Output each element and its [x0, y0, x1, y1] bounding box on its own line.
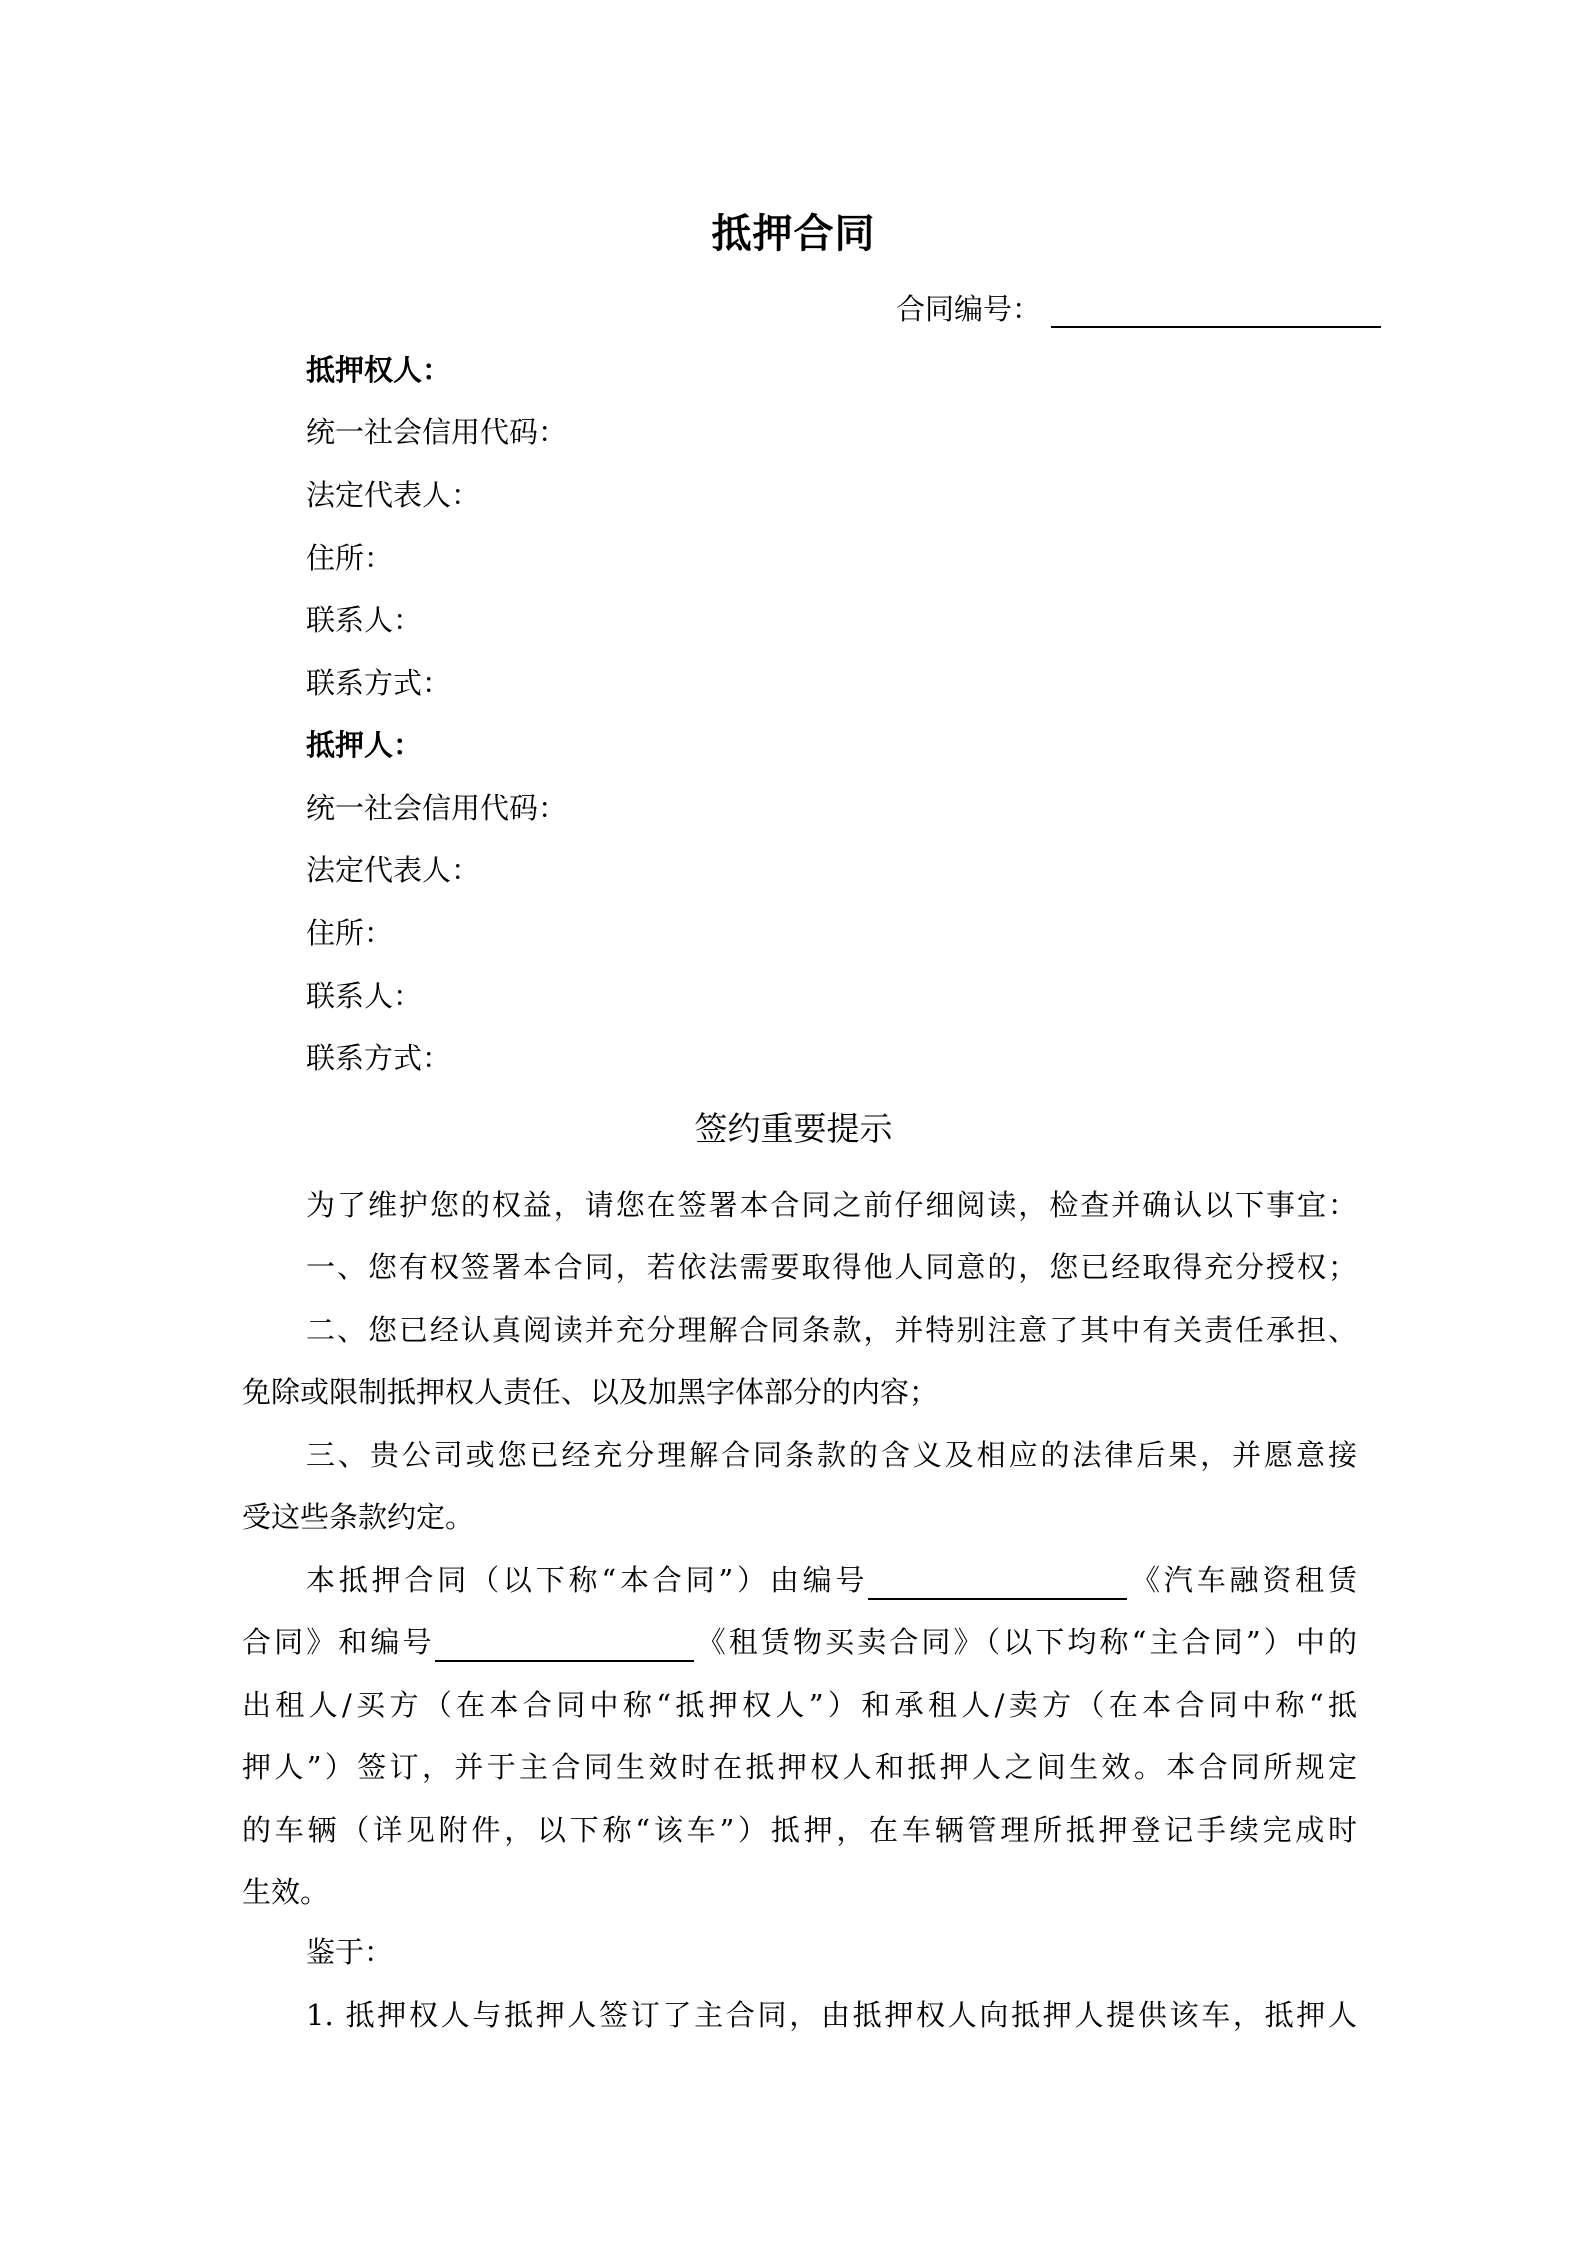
document-title: 抵押合同	[0, 208, 1587, 260]
document-page: 抵押合同 合同编号： 抵押权人： 统一社会信用代码： 法定代表人： 住所： 联系…	[0, 0, 1587, 2245]
mortgagee-credit-code: 统一社会信用代码：	[306, 412, 567, 452]
mortgagor-address: 住所：	[306, 913, 393, 953]
preamble-text: 合同》和编号	[242, 1625, 435, 1659]
mortgagor-contact-person: 联系人：	[306, 976, 422, 1016]
lease-contract-number-blank[interactable]	[868, 1568, 1127, 1600]
contract-number-label: 合同编号：	[896, 292, 1041, 326]
preamble-line-3: 出租人/买方（在本合同中称“抵押权人”）和承租人/卖方（在本合同中称“抵	[242, 1685, 1357, 1725]
preamble-text: 《汽车融资租赁	[1127, 1563, 1357, 1597]
preamble-line-1: 本抵押合同（以下称“本合同”）由编号《汽车融资租赁	[306, 1560, 1357, 1600]
notice-item-2-line-2: 免除或限制抵押权人责任、以及加黑字体部分的内容；	[242, 1372, 938, 1412]
notice-heading: 签约重要提示	[0, 1108, 1587, 1150]
preamble-line-2: 合同》和编号《租赁物买卖合同》（以下均称“主合同”）中的	[242, 1622, 1357, 1662]
mortgagor-heading: 抵押人：	[306, 725, 422, 765]
whereas-label: 鉴于：	[306, 1932, 393, 1972]
notice-item-3-line-2: 受这些条款约定。	[242, 1497, 474, 1537]
preamble-line-4: 押人”）签订，并于主合同生效时在抵押权人和抵押人之间生效。本合同所规定	[242, 1747, 1357, 1787]
contract-number-blank[interactable]	[1051, 296, 1381, 328]
mortgagee-contact-info: 联系方式：	[306, 663, 451, 703]
contract-number: 合同编号：	[896, 290, 1381, 328]
preamble-text: 《租赁物买卖合同》（以下均称“主合同”）中的	[694, 1625, 1357, 1659]
preamble-text: 本抵押合同（以下称“本合同”）由编号	[306, 1563, 868, 1597]
notice-item-2-line-1: 二、您已经认真阅读并充分理解合同条款，并特别注意了其中有关责任承担、	[306, 1310, 1357, 1350]
preamble-line-6: 生效。	[242, 1872, 329, 1912]
notice-intro: 为了维护您的权益，请您在签署本合同之前仔细阅读，检查并确认以下事宜：	[306, 1185, 1357, 1225]
mortgagee-address: 住所：	[306, 538, 393, 578]
mortgagor-contact-info: 联系方式：	[306, 1038, 451, 1078]
mortgagee-heading: 抵押权人：	[306, 350, 451, 390]
notice-item-1: 一、您有权签署本合同，若依法需要取得他人同意的，您已经取得充分授权；	[306, 1247, 1357, 1287]
sale-contract-number-blank[interactable]	[435, 1630, 694, 1662]
whereas-item-1: 1. 抵押权人与抵押人签订了主合同，由抵押权人向抵押人提供该车，抵押人	[306, 1995, 1357, 2035]
preamble-line-5: 的车辆（详见附件，以下称“该车”）抵押，在车辆管理所抵押登记手续完成时	[242, 1810, 1357, 1850]
mortgagee-contact-person: 联系人：	[306, 600, 422, 640]
notice-item-3-line-1: 三、贵公司或您已经充分理解合同条款的含义及相应的法律后果，并愿意接	[306, 1435, 1357, 1475]
mortgagor-credit-code: 统一社会信用代码：	[306, 788, 567, 828]
mortgagor-legal-rep: 法定代表人：	[306, 850, 480, 890]
mortgagee-legal-rep: 法定代表人：	[306, 475, 480, 515]
